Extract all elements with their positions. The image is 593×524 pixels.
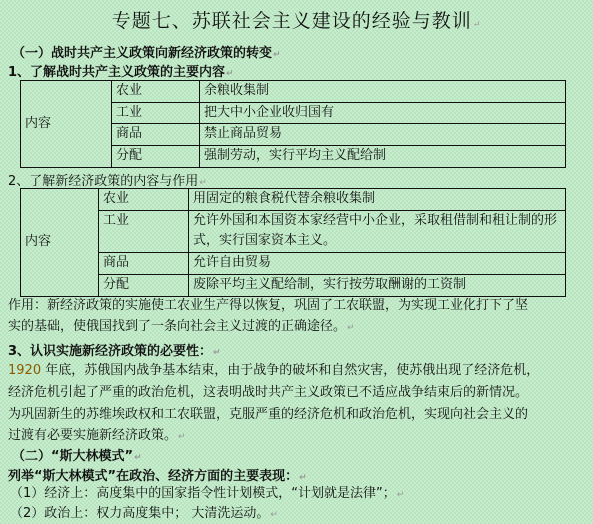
necessity-line1: 1920 年底，苏俄国内战争基本结束，由于战争的破坏和自然灾害，使苏俄出现了经济… [8,360,539,382]
sub3-heading-text: 3、认识实施新经济政策的必要性： [8,344,212,359]
paragraph-mark-icon: ↵ [473,20,482,30]
necessity-line3: 为巩固新生的苏维埃政权和工农联盟，克服严重的经济危机和政治危机，实现向社会主义的 [8,404,528,426]
label-text: 内容 [25,116,51,131]
section2-heading-text: （二）“斯大林模式” [12,449,133,464]
table-row: 工业 允许外国和本国资本家经营中小企业，采取租借制和租让制的形式，实行国家资本主… [21,210,566,252]
content-cell: 禁止商品贸易 [200,124,566,146]
paragraph-mark-icon: ↵ [199,178,207,188]
title-text: 专题七、苏联社会主义建设的经验与教训 [112,10,472,32]
page-title: 专题七、苏联社会主义建设的经验与教训↵ [0,6,593,33]
table-row: 内容 农业 余粮收集制 [21,81,566,103]
category-cell: 工业 [99,210,189,252]
line4-text: 过渡有必要实施新经济政策。 [8,428,177,443]
paragraph-mark-icon: ↵ [273,50,281,60]
table-row: 商品 允许自由贸易 [21,252,566,274]
paragraph-mark-icon: ↵ [347,323,355,333]
sub3-heading: 3、认识实施新经济政策的必要性：↵ [8,340,221,359]
section1-heading-text: （一）战时共产主义政策向新经济政策的转变 [12,46,272,61]
war-communism-table: 内容 农业 余粮收集制 工业 把大中小企业收归国有 商品 禁止商品贸易 分配 强… [20,80,566,168]
category-cell: 农业 [112,81,200,103]
category-cell: 工业 [112,102,200,124]
sub1-heading: 1、了解战时共产主义政策的主要内容↵ [8,61,234,80]
list-heading-text: 列举“斯大林模式”在政治、经济方面的主要表现： [8,469,298,484]
table-label-cell: 内容 [21,81,112,168]
paragraph-mark-icon: ↵ [213,348,221,358]
paragraph-mark-icon: ↵ [226,69,234,79]
nep-effect-line2: 实的基础，使俄国找到了一条向社会主义过渡的正确途径。↵ [8,316,355,339]
list-heading: 列举“斯大林模式”在政治、经济方面的主要表现：↵ [8,465,307,484]
content-cell: 用固定的粮食税代替余粮收集制 [189,189,566,211]
paragraph-mark-icon: ↵ [134,453,142,463]
category-cell: 商品 [99,252,189,274]
line1-text: 年底，苏俄国内战争基本结束，由于战争的破坏和自然灾害，使苏俄出现了经济危机， [41,363,539,378]
list-item-text: （1）经济上：高度集中的国家指令性计划模式，“计划就是法律”； [10,486,396,501]
content-cell: 废除平均主义配给制，实行按劳取酬谢的工资制 [189,274,566,296]
nep-effect-line1: 作用：新经济政策的实施使工农业生产得以恢复，巩固了工农联盟，为实现工业化打下了坚 [8,295,528,317]
category-cell: 农业 [99,189,189,211]
table-row: 分配 废除平均主义配给制，实行按劳取酬谢的工资制 [21,274,566,296]
list-item: （2）政治上：权力高度集中； 大清洗运动。↵ [10,503,278,524]
sub2-heading: 2、了解新经济政策的内容与作用↵ [8,170,207,189]
content-cell: 余粮收集制 [200,81,566,103]
category-cell: 分配 [99,274,189,296]
content-cell: 强制劳动，实行平均主义配给制 [200,146,566,168]
section1-heading: （一）战时共产主义政策向新经济政策的转变↵ [12,42,281,61]
nep-table: 内容 农业 用固定的粮食税代替余粮收集制 工业 允许外国和本国资本家经营中小企业… [20,188,566,297]
category-cell: 商品 [112,124,200,146]
paragraph-mark-icon: ↵ [178,432,186,442]
table-row: 内容 农业 用固定的粮食税代替余粮收集制 [21,189,566,211]
effect-line2-text: 实的基础，使俄国找到了一条向社会主义过渡的正确途径。 [8,319,346,334]
list-item-text: （2）政治上：权力高度集中； 大清洗运动。 [10,506,269,521]
section2-heading: （二）“斯大林模式”↵ [12,445,142,464]
table-label-cell: 内容 [21,189,99,297]
sub1-heading-text: 1、了解战时共产主义政策的主要内容 [8,65,225,80]
paragraph-mark-icon: ↵ [397,490,405,500]
content-cell: 允许外国和本国资本家经营中小企业，采取租借制和租让制的形式，实行国家资本主义。 [189,210,566,252]
content-cell: 把大中小企业收归国有 [200,102,566,124]
paragraph-mark-icon: ↵ [299,473,307,483]
year-text: 1920 [8,363,41,378]
sub2-heading-text: 2、了解新经济政策的内容与作用 [8,174,198,189]
content-cell: 允许自由贸易 [189,252,566,274]
necessity-line2: 经济危机引起了严重的政治危机，这表明战时共产主义政策已不适应战争结束后的新情况。 [8,382,528,404]
label-text: 内容 [25,234,51,249]
category-cell: 分配 [112,146,200,168]
paragraph-mark-icon: ↵ [270,510,278,520]
